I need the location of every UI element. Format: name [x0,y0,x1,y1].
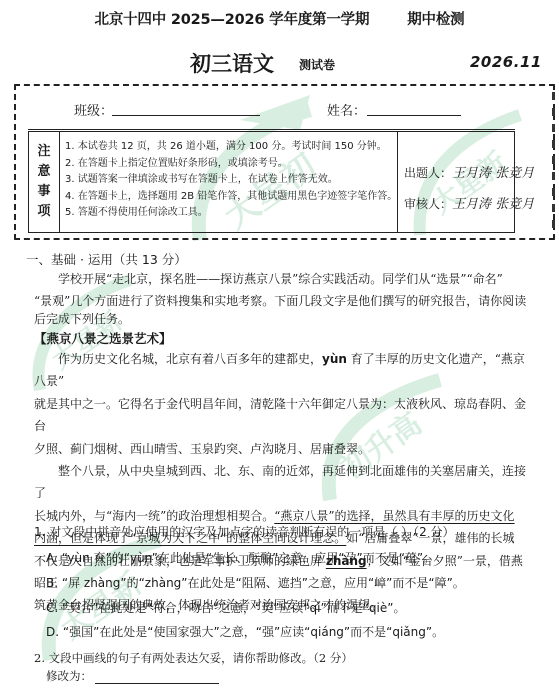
name-label: 姓名： [327,100,366,119]
option-a[interactable]: A. “yùn 育”的“yùn”在此处是“生长、酝酿”之意，应用“孕”而不是“蕴… [46,549,435,566]
option-c[interactable]: C. “契合”在此处是“符合，吻合”之意，“契”应读“qì”而不是“qiè”。 [46,599,405,616]
authors-cell: 出题人：王月涛 张竞月 审核人：王月涛 张竞月 [397,132,515,232]
note-item: 2. 在答题卡上指定位置贴好条形码，或填涂考号。 [65,156,395,173]
question-2: 2. 文段中画线的句子有两处表达欠妥，请你帮助修改。（2 分） [34,650,353,666]
question-1: 1. 对文段中拼音处应使用的汉字及加点字的读音判断有误的一项是（ ）（2 分） [34,523,455,540]
class-field[interactable] [112,115,260,116]
class-label: 班级： [74,100,113,119]
note-item: 3. 试题答案一律填涂或书写在答题卡上，在试卷上作答无效。 [65,172,395,189]
article-title: 【燕京八景之选景艺术】 [34,329,172,347]
notes-list: 1. 本试卷共 12 页，共 26 道小题，满分 100 分。考试时间 150 … [65,139,395,222]
answer-field[interactable] [95,683,219,684]
section-heading: 一、基础 · 运用（共 13 分） [26,250,187,268]
school-year-title: 北京十四中 2025—2026 学年度第一学期 [95,12,370,28]
subject-subtitle: 测试卷 [299,56,335,73]
reviewer-names: 王月涛 张竞月 [452,197,534,212]
note-item: 1. 本试卷共 12 页，共 26 道小题，满分 100 分。考试时间 150 … [65,139,395,156]
author-row: 出题人：王月涛 张竞月 [404,162,534,181]
note-item: 5. 答题不得使用任何涂改工具。 [65,205,395,222]
page-edge-marks [552,92,556,242]
intro-paragraph: 学校开展“走北京，探名胜——探访燕京八景”综合实践活动。同学们从“选景”“命名”… [34,268,534,330]
author-names: 王月涛 张竞月 [452,166,534,181]
reviewer-row: 审核人：王月涛 张竞月 [404,193,534,212]
option-d[interactable]: D. “强国”在此处是“使国家强大”之意，“强”应读“qiáng”而不是“qiǎ… [46,623,444,640]
option-b[interactable]: B. “屏 zhàng”的“zhàng”在此处是“阻隔、遮挡”之意，应用“嶂”而… [46,574,465,591]
notes-title: 注 意 事 项 [29,132,60,232]
underlined-sentence: “燕京八景”的选择，虽然具有丰厚的历史文化 [274,509,514,523]
note-item: 4. 在答题卡上，选择题用 2B 铅笔作答，其他试题用黑色字迹签字笔作答。 [65,189,395,206]
school-title: 北京十四中 2025—2026 学年度第一学期期中检测 [0,8,559,29]
notes-table: 注 意 事 项 1. 本试卷共 12 页，共 26 道小题，满分 100 分。考… [28,131,515,233]
subject-title: 初三语文 [190,48,274,78]
exam-type: 期中检测 [407,12,464,28]
exam-date: 2026.11 [470,53,542,71]
answer-label: 修改为： [46,668,92,684]
divider [28,129,515,130]
pinyin-yun: yùn [322,352,347,366]
name-field[interactable] [367,115,461,116]
